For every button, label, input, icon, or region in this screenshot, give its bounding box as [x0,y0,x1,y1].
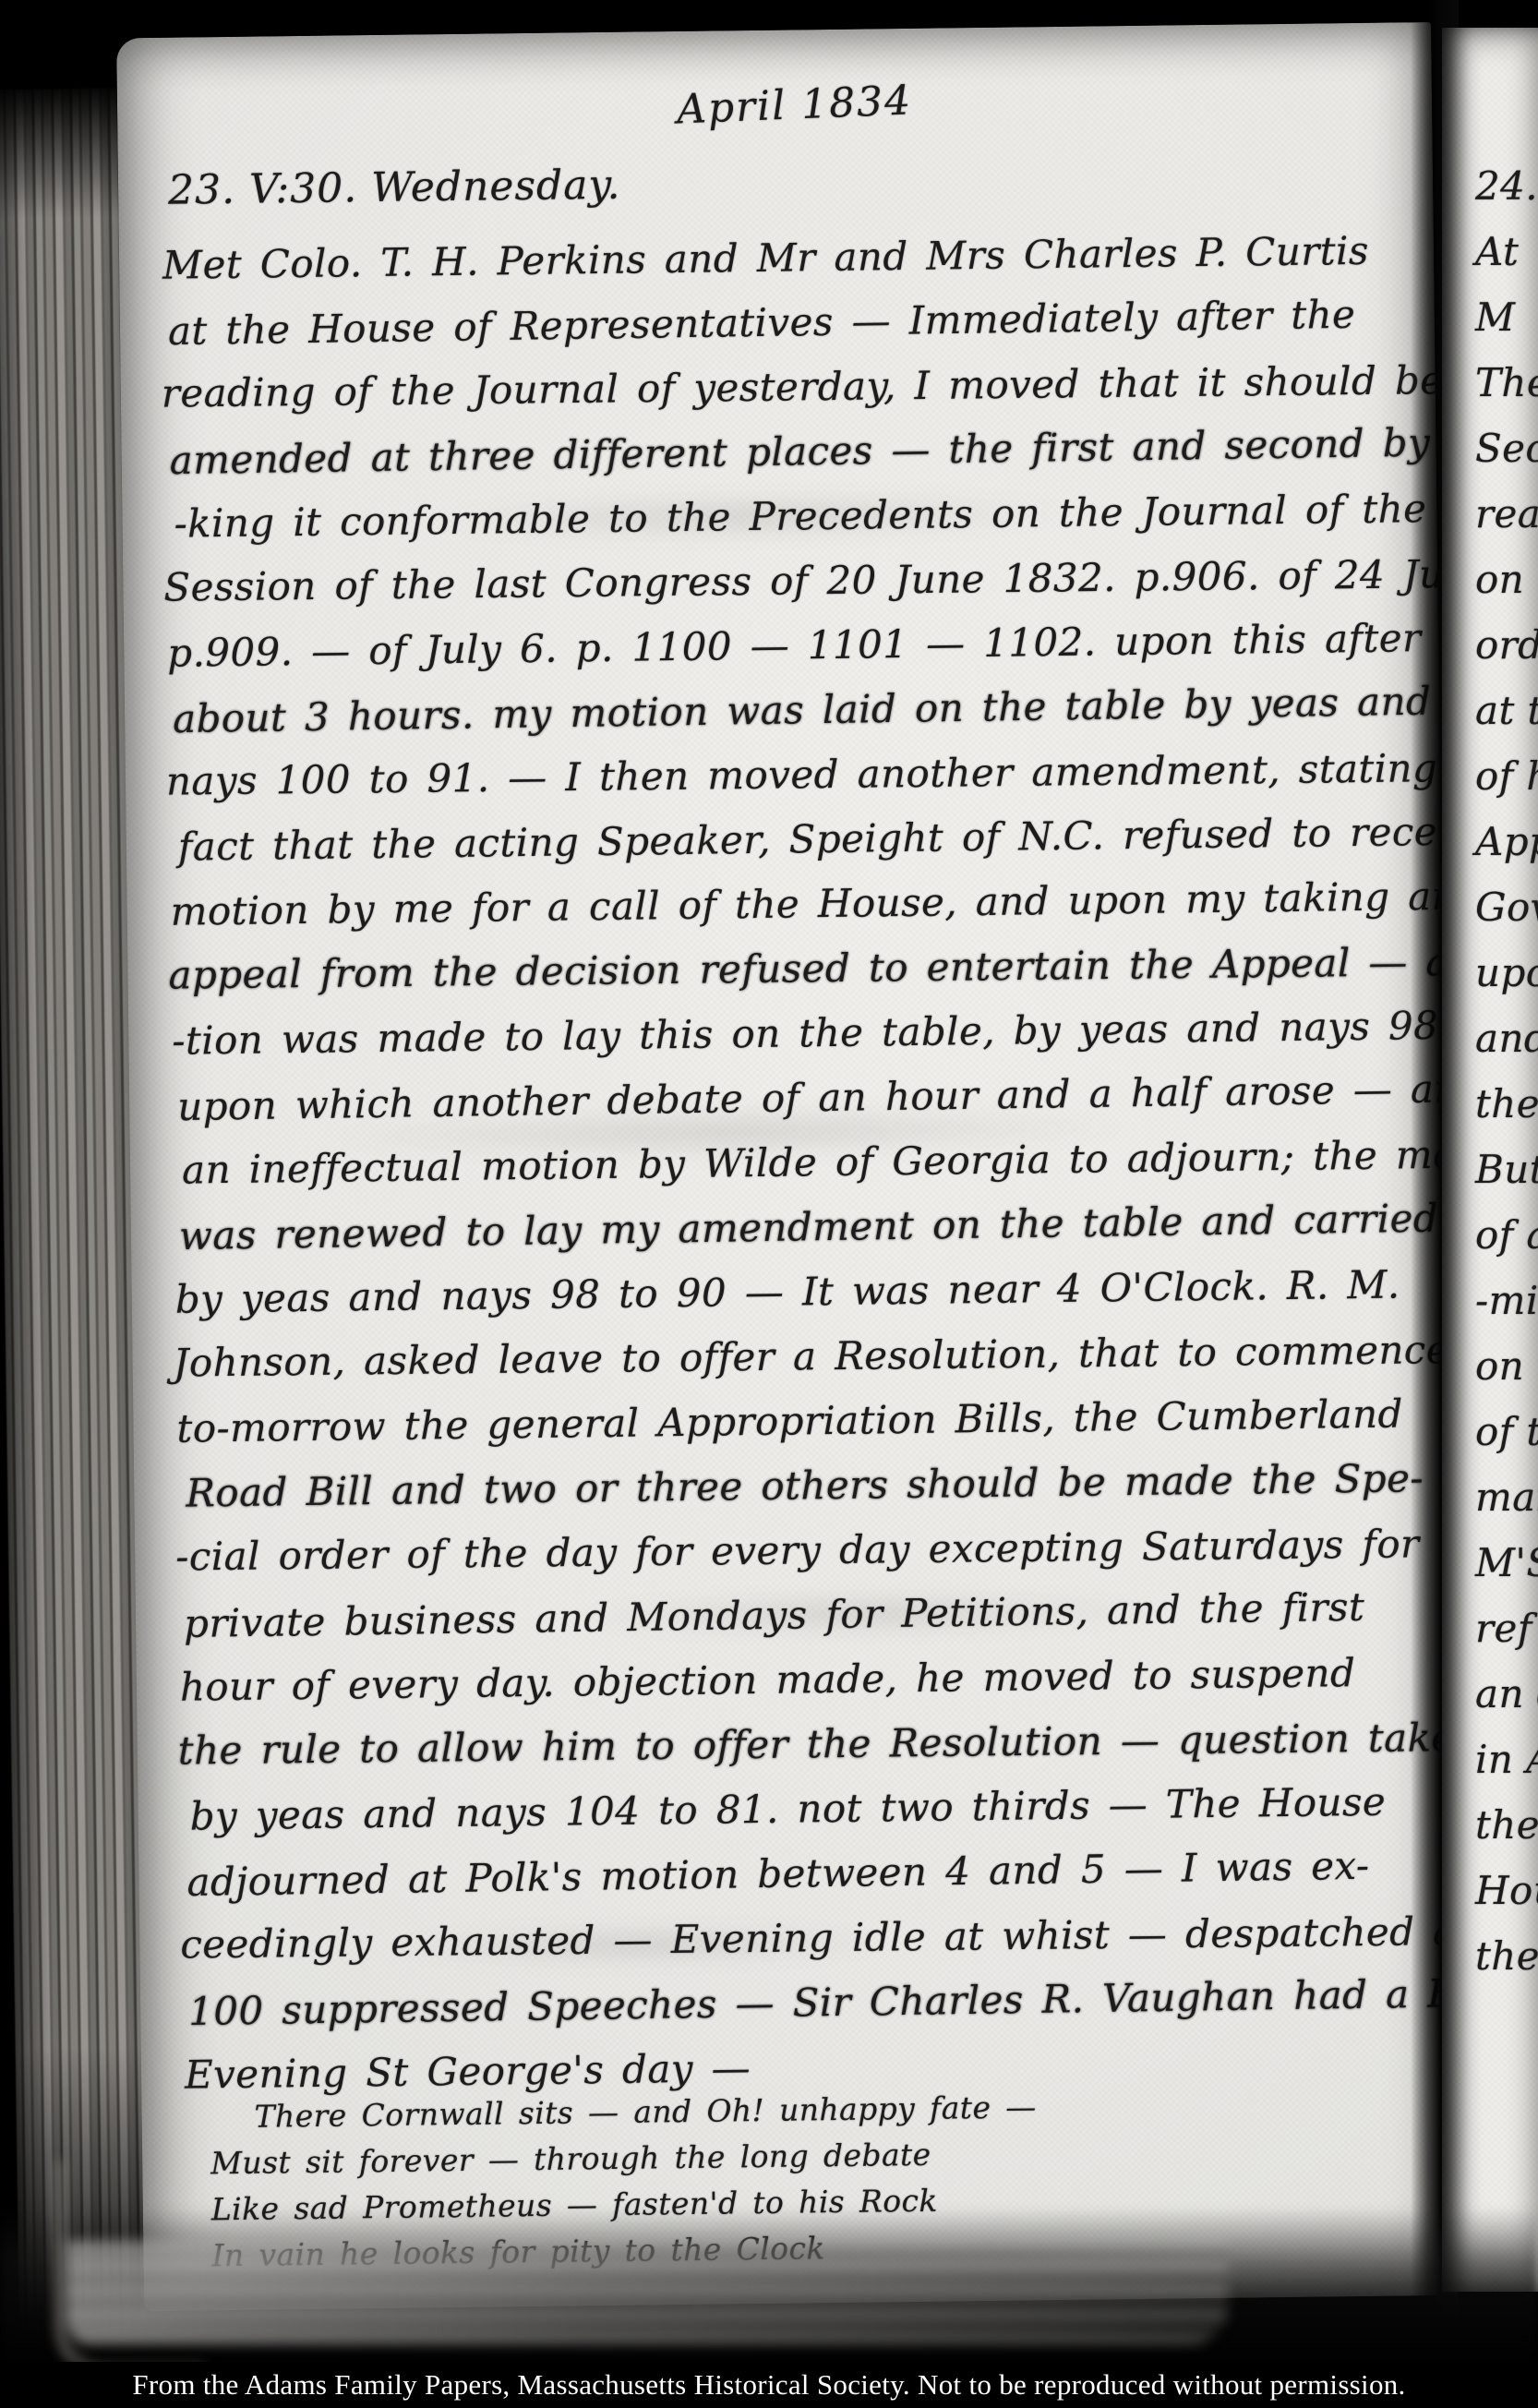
next-page-line-fragment: Gov [1475,874,1538,940]
diary-page: April 1834 23. V:30. Wednesday. Met Colo… [116,22,1459,2311]
next-page-sliver: 24.AtMTheSecreaonordeat thof hAppGovupon… [1442,28,1538,2292]
next-page-line-fragment: on t [1475,1333,1538,1399]
next-page-line-fragment: mai [1475,1464,1538,1530]
next-page-line-fragment: -mis [1475,1268,1538,1333]
next-page-line-fragment: rea [1475,481,1538,547]
next-page-line-fragment: M'S [1475,1530,1538,1595]
manuscript-line: Johnson, asked leave to offer a Resoluti… [173,1318,1422,1395]
manuscript-line: Session of the last Congress of 20 June … [163,542,1412,620]
next-page-line-fragment: 24. [1475,153,1538,219]
next-page-line-fragment: and [1475,1005,1538,1071]
scanned-diary-photo: April 1834 23. V:30. Wednesday. Met Colo… [0,0,1538,2408]
next-page-line-fragment: the [1475,1923,1538,1989]
next-page-line-fragment: on [1475,547,1538,612]
next-page-line-fragment: of a [1475,1202,1538,1268]
next-page-line-fragment: an d [1475,1661,1538,1727]
next-page-line-fragment: of h [1475,743,1538,809]
next-page-line-fragment: upon [1475,940,1538,1005]
entry-date-heading: 23. V:30. Wednesday. [168,162,621,214]
entry-body-text: Met Colo. T. H. Perkins and Mr and Mrs C… [162,218,1434,2107]
next-page-line-fragment: ref [1475,1595,1538,1661]
next-page-line-fragment: The [1475,350,1538,415]
caption-bar: From the Adams Family Papers, Massachuse… [0,2362,1538,2408]
next-page-line-fragment: But [1475,1137,1538,1202]
next-page-line-fragment: Sec [1475,415,1538,481]
next-page-text-fragments: 24.AtMTheSecreaonordeat thof hAppGovupon… [1442,28,1538,1989]
caption-text: From the Adams Family Papers, Massachuse… [132,2368,1405,2402]
next-page-line-fragment: of th [1475,1399,1538,1464]
next-page-line-fragment: M [1475,284,1538,350]
book-cover-corner [54,2161,205,2378]
next-page-line-fragment: orde [1475,612,1538,678]
next-page-line-fragment: in A [1475,1727,1538,1792]
next-page-line-fragment: the l [1475,1792,1538,1858]
page-edge-streaks [65,2242,1228,2343]
manuscript-line: appeal from the decision refused to ente… [168,930,1417,1007]
next-page-line-fragment: at th [1475,678,1538,743]
next-page-line-fragment: App [1475,809,1538,874]
next-page-line-fragment: At [1475,219,1538,284]
month-year-header: April 1834 [676,77,913,133]
next-page-line-fragment: Hou [1475,1858,1538,1923]
next-page-line-fragment: the 3 [1475,1071,1538,1137]
